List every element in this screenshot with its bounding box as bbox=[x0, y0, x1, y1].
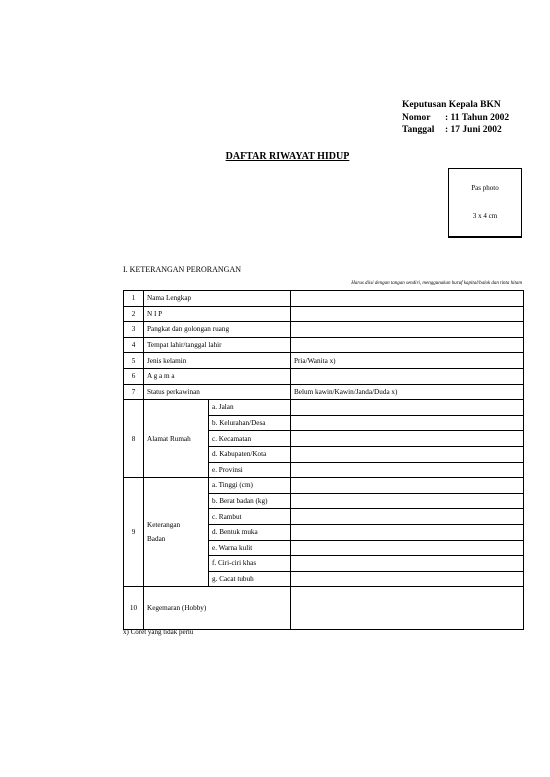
sub-label: d. Kabupaten/Kota bbox=[209, 446, 291, 462]
row-label-line2: Badan bbox=[147, 532, 205, 546]
row-number: 6 bbox=[124, 368, 144, 384]
section-heading: I. KETERANGAN PERORANGAN bbox=[123, 265, 241, 274]
row-label: Tempat lahir/tanggal lahir bbox=[144, 337, 291, 353]
row-label: A g a m a bbox=[144, 368, 291, 384]
decree-reference: Keputusan Kepala BKN Nomor: 11 Tahun 200… bbox=[402, 99, 509, 137]
row-label-line1: Keterangan bbox=[147, 518, 205, 532]
row-label: Nama Lengkap bbox=[144, 291, 291, 307]
jalan-field[interactable] bbox=[291, 400, 524, 416]
berat-field[interactable] bbox=[291, 493, 524, 509]
cacat-tubuh-field[interactable] bbox=[291, 571, 524, 587]
photo-box: Pas photo 3 x 4 cm bbox=[448, 168, 522, 238]
nama-field[interactable] bbox=[291, 291, 524, 307]
row-number: 1 bbox=[124, 291, 144, 307]
ciri-khas-field[interactable] bbox=[291, 556, 524, 572]
decree-header: Keputusan Kepala BKN bbox=[402, 99, 509, 112]
row-number: 3 bbox=[124, 322, 144, 338]
row-number: 9 bbox=[124, 478, 144, 587]
table-row: 3 Pangkat dan golongan ruang bbox=[124, 322, 524, 338]
photo-size: 3 x 4 cm bbox=[449, 212, 521, 220]
sub-label: f. Ciri-ciri khas bbox=[209, 556, 291, 572]
hobby-field[interactable] bbox=[291, 587, 524, 630]
row-label: Kegemaran (Hobby) bbox=[144, 587, 291, 630]
sub-label: e. Provinsi bbox=[209, 462, 291, 478]
nip-field[interactable] bbox=[291, 306, 524, 322]
kecamatan-field[interactable] bbox=[291, 431, 524, 447]
sub-label: a. Jalan bbox=[209, 400, 291, 416]
table-row: 8 Alamat Rumah a. Jalan bbox=[124, 400, 524, 416]
sub-label: c. Rambut bbox=[209, 509, 291, 525]
tinggi-field[interactable] bbox=[291, 478, 524, 494]
table-row: 10 Kegemaran (Hobby) bbox=[124, 587, 524, 630]
sub-label: g. Cacat tubuh bbox=[209, 571, 291, 587]
table-row: 1 Nama Lengkap bbox=[124, 291, 524, 307]
row-label: Status perkawinan bbox=[144, 384, 291, 400]
table-row: 7 Status perkawinan Belum kawin/Kawin/Ja… bbox=[124, 384, 524, 400]
tempat-lahir-field[interactable] bbox=[291, 337, 524, 353]
kabupaten-field[interactable] bbox=[291, 446, 524, 462]
row-label: Jenis kelamin bbox=[144, 353, 291, 369]
sub-label: d. Bentuk muka bbox=[209, 524, 291, 540]
table-row: 4 Tempat lahir/tanggal lahir bbox=[124, 337, 524, 353]
row-label: Keterangan Badan bbox=[144, 478, 209, 587]
pangkat-field[interactable] bbox=[291, 322, 524, 338]
kelurahan-field[interactable] bbox=[291, 415, 524, 431]
row-label: N I P bbox=[144, 306, 291, 322]
table-row: 2 N I P bbox=[124, 306, 524, 322]
document-title: DAFTAR RIWAYAT HIDUP bbox=[0, 151, 550, 162]
row-number: 10 bbox=[124, 587, 144, 630]
nomor-value: : 11 Tahun 2002 bbox=[445, 112, 509, 125]
photo-label: Pas photo bbox=[449, 184, 521, 192]
bentuk-muka-field[interactable] bbox=[291, 524, 524, 540]
sub-label: b. Berat badan (kg) bbox=[209, 493, 291, 509]
warna-kulit-field[interactable] bbox=[291, 540, 524, 556]
row-number: 2 bbox=[124, 306, 144, 322]
sub-label: a. Tinggi (cm) bbox=[209, 478, 291, 494]
row-number: 4 bbox=[124, 337, 144, 353]
table-row: 9 Keterangan Badan a. Tinggi (cm) bbox=[124, 478, 524, 494]
jenis-kelamin-field[interactable]: Pria/Wanita x) bbox=[291, 353, 524, 369]
provinsi-field[interactable] bbox=[291, 462, 524, 478]
sub-label: b. Kelurahan/Desa bbox=[209, 415, 291, 431]
table-row: 5 Jenis kelamin Pria/Wanita x) bbox=[124, 353, 524, 369]
fill-instruction: Harus diisi dengan tangan sendiri, mengg… bbox=[351, 281, 522, 286]
sub-label: c. Kecamatan bbox=[209, 431, 291, 447]
agama-field[interactable] bbox=[291, 368, 524, 384]
row-label: Pangkat dan golongan ruang bbox=[144, 322, 291, 338]
sub-label: e. Warna kulit bbox=[209, 540, 291, 556]
row-number: 5 bbox=[124, 353, 144, 369]
footnote: x) Coret yang tidak perlu bbox=[123, 628, 193, 636]
row-number: 8 bbox=[124, 400, 144, 478]
tanggal-label: Tanggal bbox=[402, 124, 445, 137]
status-perkawinan-field[interactable]: Belum kawin/Kawin/Janda/Duda x) bbox=[291, 384, 524, 400]
row-number: 7 bbox=[124, 384, 144, 400]
personal-info-table: 1 Nama Lengkap 2 N I P 3 Pangkat dan gol… bbox=[123, 290, 524, 630]
row-label: Alamat Rumah bbox=[144, 400, 209, 478]
rambut-field[interactable] bbox=[291, 509, 524, 525]
tanggal-value: : 17 Juni 2002 bbox=[445, 124, 502, 137]
nomor-label: Nomor bbox=[402, 112, 445, 125]
table-row: 6 A g a m a bbox=[124, 368, 524, 384]
